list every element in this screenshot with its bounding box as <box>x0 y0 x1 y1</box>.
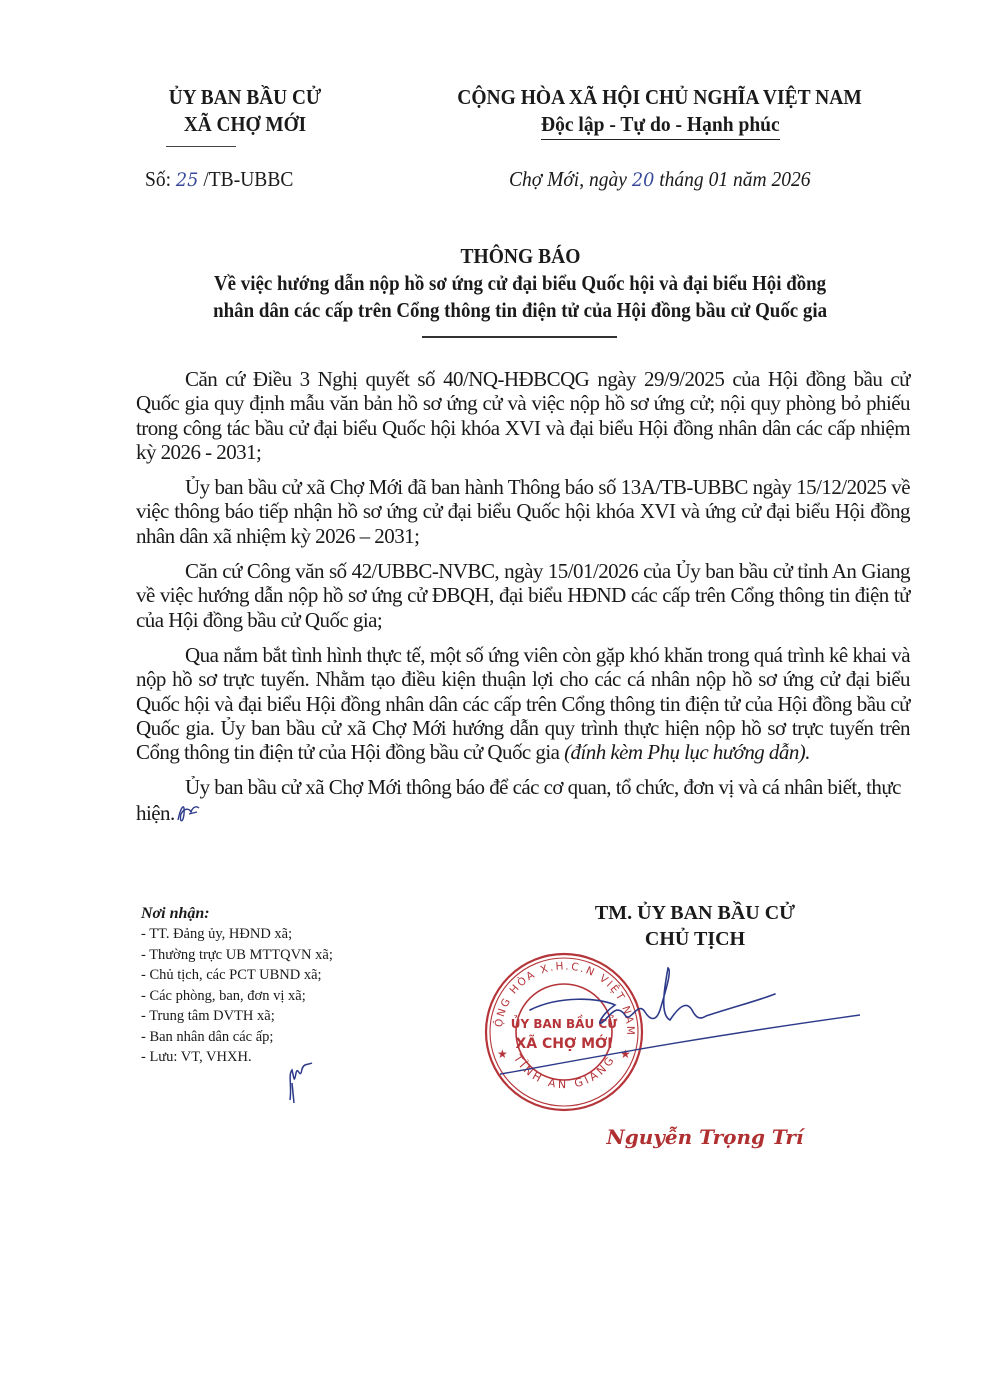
national-motto: CỘNG HÒA XÃ HỘI CHỦ NGHĨA VIỆT NAM Độc l… <box>400 84 920 140</box>
signer-name: Nguyễn Trọng Trí <box>600 1125 810 1149</box>
seal-inner-line1: ỦY BAN BẦU CỬ <box>511 1014 617 1031</box>
seal-star-icon: ★ <box>620 1047 631 1061</box>
recipient-item: - Ban nhân dân các ấp; <box>141 1027 441 1048</box>
issuing-authority: ỦY BAN BẦU CỬ XÃ CHỢ MỚI <box>139 84 351 138</box>
seal-inner-line2: XÃ CHỢ MỚI <box>516 1034 613 1052</box>
recipient-item: - Lưu: VT, VHXH. <box>141 1047 441 1068</box>
date-prefix: Chợ Mới, ngày <box>509 167 632 191</box>
signature-block: TM. ỦY BAN BẦU CỬ CHỦ TỊCH <box>570 900 820 952</box>
title-subject-line1: Về việc hướng dẫn nộp hồ sơ ứng cử đại b… <box>214 270 826 297</box>
national-motto-line: Độc lập - Tự do - Hạnh phúc <box>541 111 780 140</box>
recipients-list: Nơi nhận: - TT. Đảng ủy, HĐND xã; - Thườ… <box>141 903 441 1068</box>
document-number: Số: 25 /TB-UBBC <box>145 167 293 192</box>
signer-position: CHỦ TỊCH <box>570 926 820 952</box>
document-body: Căn cứ Điều 3 Nghị quyết số 40/NQ-HĐBCQG… <box>136 367 910 837</box>
body-paragraph: Qua nắm bắt tình hình thực tế, một số ứn… <box>136 643 910 764</box>
body-paragraph: Căn cứ Điều 3 Nghị quyết số 40/NQ-HĐBCQG… <box>136 367 910 464</box>
title-underline <box>422 336 617 338</box>
signer-on-behalf: TM. ỦY BAN BẦU CỬ <box>570 900 820 926</box>
title-subject-line2: nhân dân các cấp trên Cổng thông tin điệ… <box>213 297 827 324</box>
official-seal-icon: CỘNG HÒA X.H.C.N VIỆT NAM TỈNH AN GIANG … <box>482 950 647 1115</box>
document-date: Chợ Mới, ngày 20 tháng 01 năm 2026 <box>509 167 811 192</box>
document-number-suffix: /TB-UBBC <box>198 167 293 191</box>
handwritten-day: 20 <box>632 169 654 191</box>
document-page: ỦY BAN BẦU CỬ XÃ CHỢ MỚI CỘNG HÒA XÃ HỘI… <box>0 0 993 1393</box>
handwritten-number: 25 <box>176 169 198 191</box>
issuing-authority-line2: XÃ CHỢ MỚI <box>139 111 351 138</box>
recipient-item: - Trung tâm DVTH xã; <box>141 1006 441 1027</box>
document-number-prefix: Số: <box>145 167 176 191</box>
national-title: CỘNG HÒA XÃ HỘI CHỦ NGHĨA VIỆT NAM <box>458 84 863 111</box>
authority-underline <box>166 146 236 147</box>
document-title: THÔNG BÁO Về việc hướng dẫn nộp hồ sơ ứn… <box>100 243 940 324</box>
issuing-authority-line1: ỦY BAN BẦU CỬ <box>139 84 351 111</box>
closing-text: Ủy ban bầu cử xã Chợ Mới thông báo để cá… <box>136 775 901 824</box>
body-paragraph: Căn cứ Công văn số 42/UBBC-NVBC, ngày 15… <box>136 559 910 632</box>
date-suffix: tháng 01 năm 2026 <box>654 167 810 191</box>
recipient-item: - Chủ tịch, các PCT UBND xã; <box>141 965 441 986</box>
body-paragraph-closing: Ủy ban bầu cử xã Chợ Mới thông báo để cá… <box>136 775 910 825</box>
body-paragraph: Ủy ban bầu cử xã Chợ Mới đã ban hành Thô… <box>136 475 910 548</box>
recipient-item: - TT. Đảng ủy, HĐND xã; <box>141 924 441 945</box>
attachment-note: (đính kèm Phụ lục hướng dẫn). <box>564 740 810 764</box>
recipient-item: - Các phòng, ban, đơn vị xã; <box>141 986 441 1007</box>
recipient-item: - Thường trực UB MTTQVN xã; <box>141 945 441 966</box>
title-heading: THÔNG BÁO <box>460 243 580 270</box>
svg-text:TỈNH AN GIANG: TỈNH AN GIANG <box>510 1052 618 1092</box>
seal-star-icon: ★ <box>497 1047 508 1061</box>
recipients-heading: Nơi nhận: <box>141 903 441 924</box>
seal-bottom-text: TỈNH AN GIANG <box>510 1052 618 1092</box>
handwritten-initial-mark <box>175 800 203 826</box>
